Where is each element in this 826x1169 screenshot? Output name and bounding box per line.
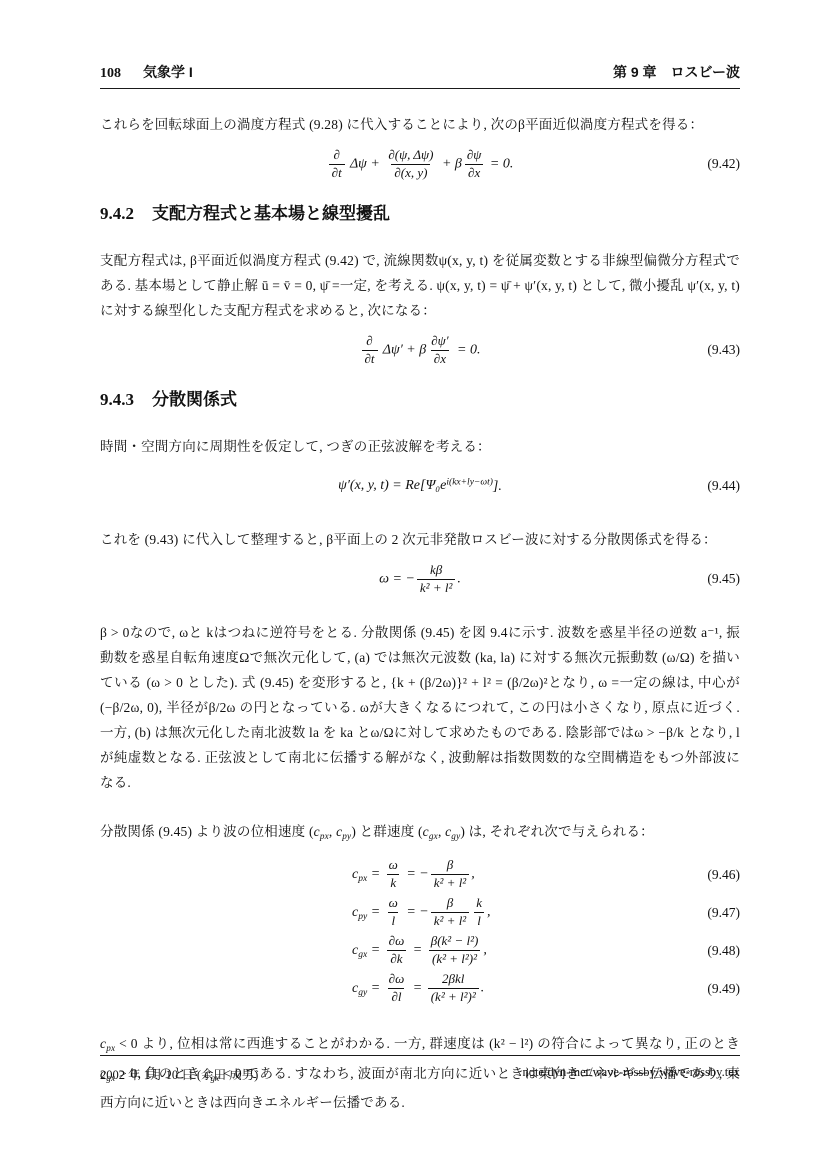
fraction: ωk xyxy=(386,858,401,891)
fraction: kl xyxy=(473,896,485,929)
equation: cpx = ωk = −βk² + l²,(9.46) xyxy=(100,857,740,893)
math-variable: cgx xyxy=(352,943,367,958)
section-heading: 9.4.3分散関係式 xyxy=(100,385,740,410)
fraction: 2βkl(k² + l²)² xyxy=(428,972,479,1005)
math-variable: cgx xyxy=(423,824,438,839)
equation-number: (9.48) xyxy=(707,942,740,960)
equation-number: (9.47) xyxy=(707,904,740,922)
heading-title: 支配方程式と基本場と線型擾乱 xyxy=(152,199,390,224)
equation: ∂∂t Δψ′ + β∂ψ′∂x = 0.(9.43) xyxy=(100,333,740,367)
fraction: ∂ψ′∂x xyxy=(428,334,451,367)
heading-number: 9.4.3 xyxy=(100,390,134,410)
equation: cgy = ∂ω∂l = 2βkl(k² + l²)².(9.49) xyxy=(100,971,740,1007)
equation-number: (9.46) xyxy=(707,866,740,884)
equation-number: (9.44) xyxy=(707,477,740,495)
paragraph: 分散関係 (9.45) より波の位相速度 (cpx, cpy) と群速度 (cg… xyxy=(100,819,740,849)
math-variable: cgy xyxy=(352,981,367,996)
fraction: βk² + l² xyxy=(431,896,469,929)
document-page: 108 気象学 I 第 9 章 ロスビー波 これらを回転球面上の渦度方程式 (9… xyxy=(0,0,826,1169)
equation-number: (9.45) xyxy=(707,570,740,588)
equation-math: ∂∂t Δψ′ + β∂ψ′∂x = 0. xyxy=(360,334,481,367)
page-number: 108 xyxy=(100,66,121,82)
header-left: 108 気象学 I xyxy=(100,62,193,82)
equation: ω = −kβk² + l².(9.45) xyxy=(100,562,740,596)
paragraph: これを (9.43) に代入して整理すると, β平面上の 2 次元非発散ロスビー… xyxy=(100,527,740,552)
document-body: これらを回転球面上の渦度方程式 (9.28) に代入することにより, 次のβ平面… xyxy=(100,88,740,1115)
math-variable: cgy xyxy=(445,824,460,839)
equation-math: ω = −kβk² + l². xyxy=(379,563,461,596)
footer-date: 2002 年 1月 10 日 (余田 成男) xyxy=(100,1065,258,1083)
paragraph: これらを回転球面上の渦度方程式 (9.28) に代入することにより, 次のβ平面… xyxy=(100,112,740,137)
course-title: 気象学 I xyxy=(143,62,193,82)
equation-math: ψ′(x, y, t) = Re[Ψ₀ei(kx+ly−ωt)]. xyxy=(338,477,502,496)
fraction: βk² + l² xyxy=(431,858,469,891)
equation-number: (9.42) xyxy=(707,155,740,173)
paragraph: 支配方程式は, β平面近似渦度方程式 (9.42) で, 流線関数ψ(x, y,… xyxy=(100,248,740,323)
equation-math: cgy = ∂ω∂l = 2βkl(k² + l²)². xyxy=(352,972,484,1005)
equation: ψ′(x, y, t) = Re[Ψ₀ei(kx+ly−ωt)].(9.44) xyxy=(100,469,740,503)
fraction: β(k² − l²)(k² + l²)² xyxy=(428,934,482,967)
math-variable: cpy xyxy=(352,905,367,920)
fraction: ∂ω∂k xyxy=(386,934,408,967)
heading-title: 分散関係式 xyxy=(152,385,237,410)
paragraph: β > 0なので, ωと kはつねに逆符号をとる. 分散関係 (9.45) を図… xyxy=(100,620,740,795)
equation: cgx = ∂ω∂k = β(k² − l²)(k² + l²)²,(9.48) xyxy=(100,933,740,969)
footer-path: note/dyn-met/wave-rossby/wave-rossby.tex xyxy=(522,1065,740,1083)
page-footer: 2002 年 1月 10 日 (余田 成男) note/dyn-met/wave… xyxy=(100,1055,740,1083)
equation: cpy = ωl = −βk² + l²kl,(9.47) xyxy=(100,895,740,931)
fraction: ∂∂t xyxy=(329,148,345,181)
equation: ∂∂t Δψ + ∂(ψ, Δψ)∂(x, y) + β∂ψ∂x = 0.(9.… xyxy=(100,147,740,181)
fraction: ∂(ψ, Δψ)∂(x, y) xyxy=(385,148,436,181)
equation-math: ∂∂t Δψ + ∂(ψ, Δψ)∂(x, y) + β∂ψ∂x = 0. xyxy=(327,148,514,181)
math-variable: cpx xyxy=(314,824,329,839)
equation-math: cpx = ωk = −βk² + l², xyxy=(352,858,475,891)
equation-group: cpx = ωk = −βk² + l²,(9.46)cpy = ωl = −β… xyxy=(100,857,740,1007)
equation-math: cgx = ∂ω∂k = β(k² − l²)(k² + l²)², xyxy=(352,934,487,967)
math-variable: cpx xyxy=(100,1036,115,1051)
equation-math: cpy = ωl = −βk² + l²kl, xyxy=(352,896,490,929)
section-heading: 9.4.2支配方程式と基本場と線型擾乱 xyxy=(100,199,740,224)
paragraph: 時間・空間方向に周期性を仮定して, つぎの正弦波解を考える： xyxy=(100,434,740,459)
fraction: ωl xyxy=(386,896,401,929)
math-variable: cpx xyxy=(352,867,367,882)
page-header: 108 気象学 I 第 9 章 ロスビー波 xyxy=(100,62,740,89)
fraction: ∂ω∂l xyxy=(386,972,408,1005)
chapter-title: 第 9 章 ロスビー波 xyxy=(613,62,740,82)
fraction: ∂∂t xyxy=(362,334,378,367)
math-variable: cpy xyxy=(336,824,351,839)
heading-number: 9.4.2 xyxy=(100,204,134,224)
fraction: kβk² + l² xyxy=(417,563,455,596)
equation-number: (9.43) xyxy=(707,341,740,359)
math-variable: ψ′(x, y, t) = Re[Ψ₀ei(kx+ly−ωt) xyxy=(338,478,493,493)
fraction: ∂ψ∂x xyxy=(464,148,485,181)
equation-number: (9.49) xyxy=(707,980,740,998)
